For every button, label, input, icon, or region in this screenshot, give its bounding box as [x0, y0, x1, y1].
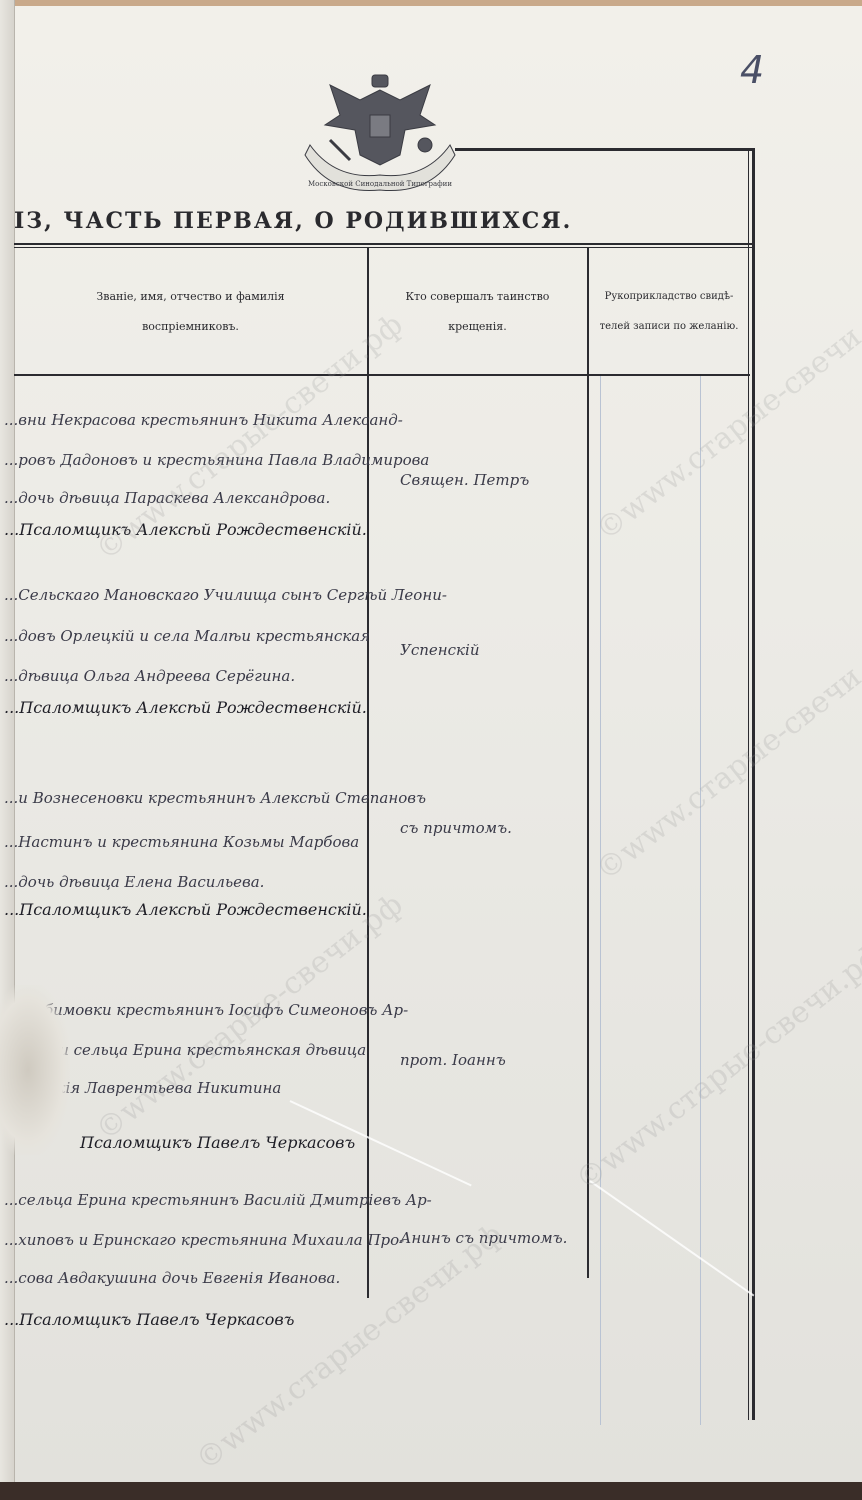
- godparent-line: ...сельца Ерина крестьянинъ Василій Дмит…: [4, 1180, 432, 1220]
- godparent-line: ...сова Авдакушина дочь Евгенія Иванова.: [4, 1258, 340, 1298]
- psalmist-signature: ...Псаломщикъ Алексѣй Рождественскій.: [4, 510, 367, 550]
- watermark: ©www.старые-свечи.рф: [589, 627, 862, 888]
- section-title: ІЗ, ЧАСТЬ ПЕРВАЯ, О РОДИВШИХСЯ.: [14, 208, 572, 234]
- paper-crease: [589, 1180, 754, 1296]
- psalmist-signature: ...Псаломщикъ Павелъ Черкасовъ: [4, 1300, 294, 1340]
- watermark: ©www.старые-свечи.рф: [569, 937, 862, 1198]
- priest-name: съ причтомъ.: [400, 808, 512, 848]
- godparent-line: ...Сельскаго Мановскаго Училища сынъ Сер…: [4, 575, 447, 615]
- faint-guide-2: [700, 375, 701, 1425]
- psalmist-signature: ...Псаломщикъ Алексѣй Рождественскій.: [4, 890, 367, 930]
- torn-paper-area: [0, 985, 70, 1155]
- table-surface: [0, 1482, 862, 1500]
- page-number: 4: [740, 48, 764, 92]
- godparent-line: ...и Вознесеновки крестьянинъ Алексѣй Ст…: [4, 778, 426, 818]
- godparent-line: ...Настинъ и крестьянина Козьмы Марбова: [4, 822, 359, 862]
- priest-name: Священ. Петръ: [400, 460, 529, 500]
- title-rule-lower: [14, 247, 754, 248]
- column-divider-2: [587, 248, 589, 1278]
- godparent-line: ...вни Некрасова крестьянинъ Никита Алек…: [4, 400, 403, 440]
- psalmist-signature: ...Псаломщикъ Алексѣй Рождественскій.: [4, 688, 367, 728]
- priest-name: Успенскій: [400, 630, 479, 670]
- godparent-line: ...хиповъ и Еринскаго крестьянина Михаил…: [4, 1220, 404, 1260]
- column-header-witness-signatures: Рукоприкладство свидѣ- телей записи по ж…: [588, 282, 750, 342]
- title-rule-upper: [14, 243, 754, 245]
- svg-text:Московской Синодальной Типогра: Московской Синодальной Типографии: [308, 180, 452, 188]
- register-page: 4 Московской Синодальной Типографии ІЗ, …: [0, 0, 862, 1485]
- page-top-edge: [0, 0, 862, 6]
- column-header-godparents: Званіе, имя, отчество и фамилія воспріем…: [14, 282, 367, 342]
- imperial-eagle-emblem-icon: Московской Синодальной Типографии: [300, 70, 460, 200]
- godparent-line: ...довъ Орлецкій и села Малѣи крестьянск…: [4, 616, 370, 656]
- priest-name: прот. Іоаннъ: [400, 1040, 506, 1080]
- page-border-right: [752, 150, 755, 1420]
- top-rule: [455, 148, 755, 151]
- header-bottom-rule: [14, 374, 750, 376]
